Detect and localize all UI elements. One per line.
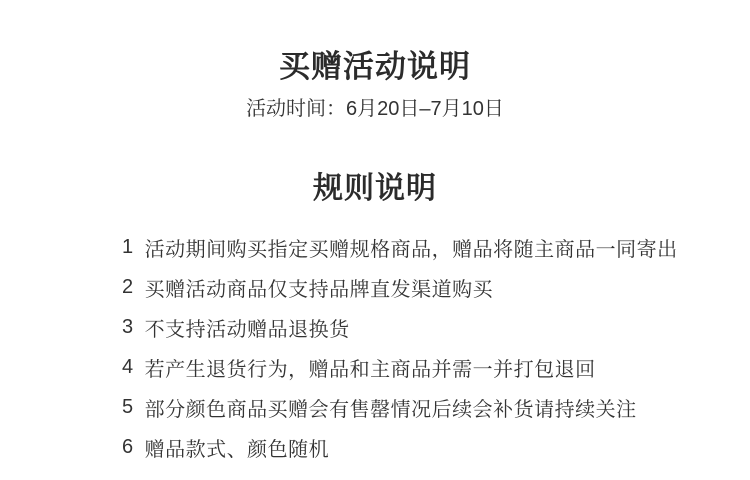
rule-number: 2 xyxy=(122,276,134,299)
rule-text: 活动期间购买指定买赠规格商品，赠品将随主商品一同寄出 xyxy=(145,233,678,262)
rule-number: 3 xyxy=(122,316,134,339)
rule-text: 部分颜色商品买赠会有售罄情况后续会补货请持续关注 xyxy=(145,393,637,422)
rule-item-1: 1 活动期间购买指定买赠规格商品，赠品将随主商品一同寄出 xyxy=(122,227,750,267)
rule-item-3: 3 不支持活动赠品退换货 xyxy=(122,307,750,347)
activity-period-text: 活动时间：6月20日–7月10日 xyxy=(0,97,750,121)
rule-number: 4 xyxy=(122,356,134,379)
rule-number: 1 xyxy=(122,236,134,259)
rule-item-6: 6 赠品款式、颜色随机 xyxy=(122,427,750,467)
rule-text: 不支持活动赠品退换货 xyxy=(145,313,350,342)
rule-text: 买赠活动商品仅支持品牌直发渠道购买 xyxy=(145,273,494,302)
rule-item-5: 5 部分颜色商品买赠会有售罄情况后续会补货请持续关注 xyxy=(122,387,750,427)
rule-item-2: 2 买赠活动商品仅支持品牌直发渠道购买 xyxy=(122,267,750,307)
rule-text: 若产生退货行为，赠品和主商品并需一并打包退回 xyxy=(145,353,596,382)
rule-text: 赠品款式、颜色随机 xyxy=(145,433,330,462)
rule-number: 5 xyxy=(122,396,134,419)
rule-item-4: 4 若产生退货行为，赠品和主商品并需一并打包退回 xyxy=(122,347,750,387)
page-title: 买赠活动说明 xyxy=(0,0,750,84)
promo-notice-page: 买赠活动说明 活动时间：6月20日–7月10日 规则说明 1 活动期间购买指定买… xyxy=(0,0,750,480)
rules-section-heading: 规则说明 xyxy=(0,173,750,205)
rules-list: 1 活动期间购买指定买赠规格商品，赠品将随主商品一同寄出 2 买赠活动商品仅支持… xyxy=(122,227,750,467)
rule-number: 6 xyxy=(122,436,134,459)
